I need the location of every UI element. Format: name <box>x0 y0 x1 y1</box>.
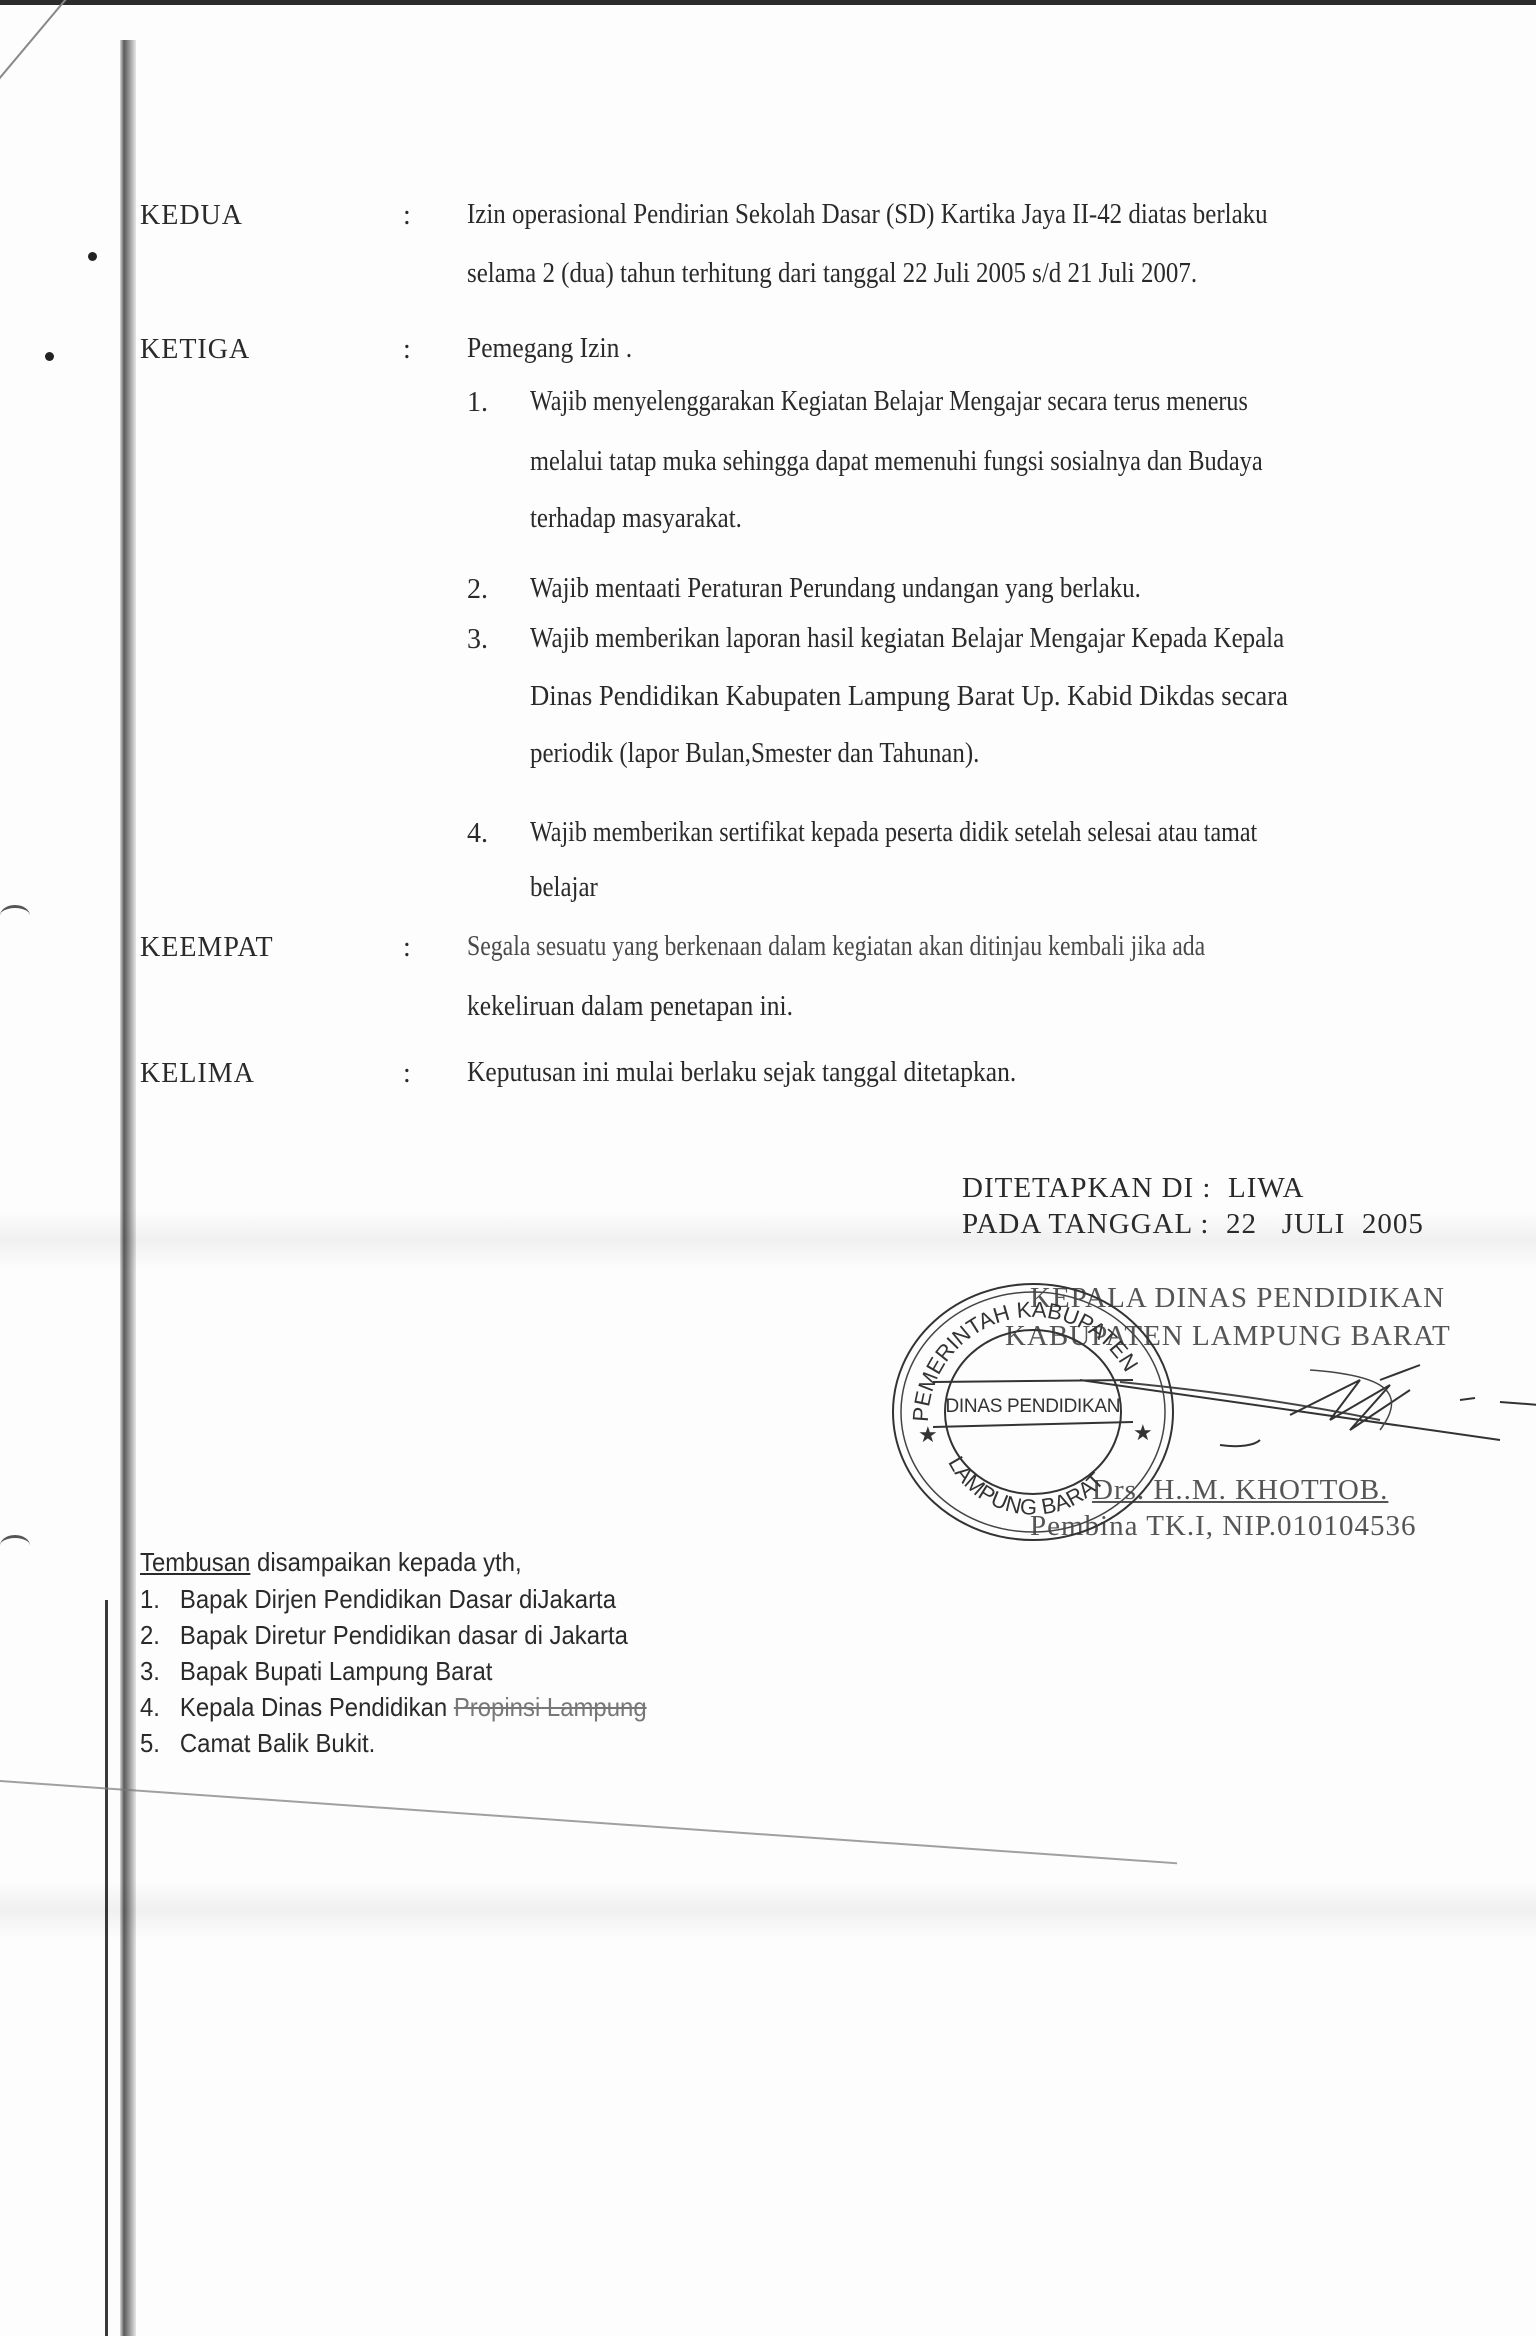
cc-item-text: Kepala Dinas Pendidikan <box>180 1692 454 1722</box>
cc-item-text: Bapak Diretur Pendidikan dasar di Jakart… <box>180 1620 628 1650</box>
section-text-line: Izin operasional Pendirian Sekolah Dasar… <box>467 198 1268 231</box>
section-text-line: Segala sesuatu yang berkenaan dalam kegi… <box>467 930 1205 963</box>
section-label: KELIMA <box>140 1058 255 1090</box>
cc-heading-underlined: Tembusan <box>140 1547 250 1577</box>
section-label: KEEMPAT <box>140 932 274 964</box>
section-text-line: Keputusan ini mulai berlaku sejak tangga… <box>467 1056 1016 1089</box>
list-item-line: terhadap masyarakat. <box>530 502 742 535</box>
star-icon: ★ <box>918 1422 938 1447</box>
section-colon: : <box>403 334 411 366</box>
list-number: 4. <box>467 818 488 850</box>
date-label: PADA TANGGAL : 22 JULI 2005 <box>962 1208 1424 1241</box>
section-colon: : <box>403 200 411 232</box>
list-item-line: Dinas Pendidikan Kabupaten Lampung Barat… <box>530 680 1288 713</box>
cc-item: 4. Kepala Dinas Pendidikan Propinsi Lamp… <box>140 1692 647 1723</box>
binding-margin-line <box>105 1600 108 2336</box>
punch-hole <box>0 905 30 926</box>
place-value: LIWA <box>1228 1172 1304 1204</box>
section-colon: : <box>403 932 411 964</box>
section-intro: Pemegang Izin . <box>467 332 632 365</box>
list-item-line: Wajib mentaati Peraturan Perundang undan… <box>530 572 1141 605</box>
section-text-line: selama 2 (dua) tahun terhitung dari tang… <box>467 257 1197 290</box>
list-item-line: Wajib memberikan laporan hasil kegiatan … <box>530 622 1284 655</box>
list-item-line: belajar <box>530 871 598 904</box>
date-label-text: PADA TANGGAL : <box>962 1208 1209 1240</box>
stamp-center-text: DINAS PENDIDIKAN <box>946 1396 1121 1417</box>
cc-item-number: 3. <box>140 1656 160 1686</box>
cc-item-number: 4. <box>140 1692 160 1722</box>
section-text-line: kekeliruan dalam penetapan ini. <box>467 990 793 1023</box>
cc-item-text: Camat Balik Bukit. <box>180 1728 375 1758</box>
list-number: 2. <box>467 574 488 606</box>
cc-item-number: 1. <box>140 1584 160 1614</box>
place-label-text: DITETAPKAN DI : <box>962 1172 1211 1204</box>
section-colon: : <box>403 1058 411 1090</box>
cc-item-struck-text: Propinsi Lampung <box>454 1692 647 1722</box>
cc-heading-rest: disampaikan kepada yth, <box>250 1547 521 1577</box>
star-icon: ★ <box>1133 1420 1153 1445</box>
list-item-line: Wajib memberikan sertifikat kepada peser… <box>530 816 1257 849</box>
punch-hole <box>0 1535 30 1556</box>
punch-dot <box>45 352 54 361</box>
list-item-line: melalui tatap muka sehingga dapat memenu… <box>530 445 1263 478</box>
date-value: 22 JULI 2005 <box>1226 1208 1424 1240</box>
cc-item-text: Bapak Dirjen Pendidikan Dasar diJakarta <box>180 1584 616 1614</box>
section-label: KEDUA <box>140 200 243 232</box>
paper-crease <box>0 1880 1536 1940</box>
cc-item: 5. Camat Balik Bukit. <box>140 1728 375 1759</box>
folded-corner <box>0 0 170 200</box>
official-stamp: PEMERINTAH KABUPATEN LAMPUNG BARAT DINAS… <box>888 1272 1178 1542</box>
scan-top-edge <box>0 0 1536 5</box>
binding-margin-shadow <box>120 40 136 2336</box>
list-number: 1. <box>467 387 488 419</box>
stamp-outer-text-bottom: LAMPUNG BARAT <box>943 1452 1108 1520</box>
pen-stray-line <box>0 1780 1177 1864</box>
punch-dot <box>88 252 97 261</box>
list-item-line: Wajib menyelenggarakan Kegiatan Belajar … <box>530 385 1248 418</box>
place-label: DITETAPKAN DI : LIWA <box>962 1172 1304 1205</box>
section-label: KETIGA <box>140 334 250 366</box>
cc-item: 3. Bapak Bupati Lampung Barat <box>140 1656 492 1687</box>
list-item-line: periodik (lapor Bulan,Smester dan Tahuna… <box>530 737 979 770</box>
cc-item-number: 2. <box>140 1620 160 1650</box>
svg-text:LAMPUNG BARAT: LAMPUNG BARAT <box>943 1452 1108 1520</box>
cc-item-text: Bapak Bupati Lampung Barat <box>180 1656 493 1686</box>
list-number: 3. <box>467 624 488 656</box>
cc-item: 1. Bapak Dirjen Pendidikan Dasar diJakar… <box>140 1584 616 1615</box>
cc-item: 2. Bapak Diretur Pendidikan dasar di Jak… <box>140 1620 628 1651</box>
cc-heading: Tembusan disampaikan kepada yth, <box>140 1547 522 1578</box>
cc-item-number: 5. <box>140 1728 160 1758</box>
